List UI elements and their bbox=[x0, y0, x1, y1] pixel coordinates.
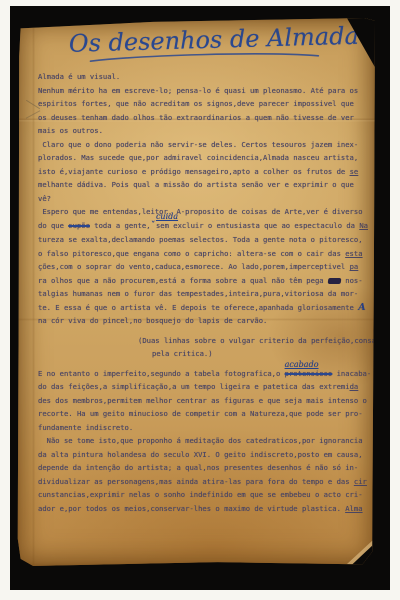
text-segment: ra olhos que a não procurem,está a forma… bbox=[38, 276, 328, 285]
text-segment: os deuses tenham dado olhos tão extraord… bbox=[38, 113, 354, 122]
text-segment: esta bbox=[345, 249, 362, 258]
text-segment: te. E essa é que o artista vê. E depois … bbox=[38, 303, 358, 312]
text-segment: talgias humanas nem o furor das tempesta… bbox=[38, 289, 358, 298]
text-segment: plorados. Mas sucede que,por admiravel c… bbox=[38, 153, 358, 162]
text-line: Não se tome isto,que proponho á meditaçã… bbox=[38, 434, 370, 448]
text-line: ções,com o soprar do vento,caduca,esmore… bbox=[38, 260, 370, 274]
text-line: mais os outros. bbox=[38, 124, 370, 138]
paper-sheet: Os desenhos de Almada Almada é um visual… bbox=[17, 18, 375, 566]
text-segment: ções,com o soprar do vento,caduca,esmore… bbox=[38, 262, 350, 271]
text-line: cunstancias,exprimir nelas o sonho indef… bbox=[38, 488, 370, 502]
text-segment: melhante dádiva. Pois qual a missão do a… bbox=[38, 180, 354, 189]
text-line: na cór viva do pincel,no bosquejo do lap… bbox=[38, 314, 370, 328]
text-segment: (Duas linhas sobre o vulgar criterio da … bbox=[138, 336, 398, 345]
text-segment: E no entanto o imperfeito,segundo a tabe… bbox=[38, 369, 285, 378]
text-segment: Almada é um visual. bbox=[38, 72, 120, 81]
vertical-crease bbox=[32, 18, 35, 566]
text-line: ador e,por todos os meios,conservar-lhes… bbox=[38, 502, 370, 516]
text-line: tureza se exalta,declamando poemas selec… bbox=[38, 233, 370, 247]
text-segment: ador e,por todos os meios,conservar-lhes… bbox=[38, 504, 345, 513]
text-line: E no entanto o imperfeito,segundo a tabe… bbox=[38, 367, 370, 381]
text-segment: o falso pitoresco,que engana como o capr… bbox=[38, 249, 345, 258]
text-segment: dividualizar as personagens,mas ainda at… bbox=[38, 477, 354, 486]
text-segment: toda a gente, bbox=[90, 221, 151, 230]
text-segment: Alma bbox=[345, 504, 362, 513]
struck-word: pretensiosoacabado bbox=[285, 369, 333, 378]
text-segment: sem excluir o entusiasta que ao espectac… bbox=[156, 221, 359, 230]
text-line: da alta pintura holandesa do seculo XVI.… bbox=[38, 448, 370, 462]
text-line: talgias humanas nem o furor das tempesta… bbox=[38, 287, 370, 301]
text-line: plorados. Mas sucede que,por admiravel c… bbox=[38, 151, 370, 165]
text-segment: pela critica.) bbox=[152, 349, 213, 358]
text-segment: Na bbox=[359, 221, 368, 230]
text-segment: do das feições,a simplificação,a um temp… bbox=[38, 382, 350, 391]
text-line: os deuses tenham dado olhos tão extraord… bbox=[38, 111, 370, 125]
text-segment: nos- bbox=[341, 276, 363, 285]
text-line: te. E essa é que o artista vê. E depois … bbox=[38, 301, 370, 315]
typewritten-text: Almada é um visual.Nenhum mérito ha em e… bbox=[38, 70, 370, 515]
text-line: do das feições,a simplificação,a um temp… bbox=[38, 380, 370, 394]
text-segment: depende da intenção do artista; a qual,n… bbox=[38, 463, 358, 472]
text-line: depende da intenção do artista; a qual,n… bbox=[38, 461, 370, 475]
struck-word: supõe bbox=[68, 221, 90, 230]
handwritten-insertion: cuida bbox=[156, 213, 178, 221]
text-line: ra olhos que a não procurem,está a forma… bbox=[38, 274, 370, 288]
text-line: espiritos fortes, que não acreditam os s… bbox=[38, 97, 370, 111]
text-segment: Não se tome isto,que proponho á meditaçã… bbox=[38, 436, 363, 445]
scan-background: Os desenhos de Almada Almada é um visual… bbox=[10, 6, 390, 590]
handwritten-ink-mark: A bbox=[358, 302, 365, 313]
text-segment: tureza se exalta,declamando poemas selec… bbox=[38, 235, 363, 244]
text-segment: recorte. Ha um geito minucioso de compet… bbox=[38, 409, 363, 418]
text-line: dividualizar as personagens,mas ainda at… bbox=[38, 475, 370, 489]
text-line: isto é,viajante curioso e pródigo mensag… bbox=[38, 165, 370, 179]
text-segment: fundamente indiscreto. bbox=[38, 423, 133, 432]
text-line: Almada é um visual. bbox=[38, 70, 370, 84]
text-line: des dos membros,permitem melhor centrar … bbox=[38, 394, 370, 408]
handwritten-title-block: Os desenhos de Almada bbox=[69, 22, 340, 66]
text-segment: des dos membros,permitem melhor centrar … bbox=[38, 396, 367, 405]
text-segment: inacaba- bbox=[332, 369, 371, 378]
text-line: melhante dádiva. Pois qual a missão do a… bbox=[38, 178, 370, 192]
handwritten-insertion: acabado bbox=[285, 361, 319, 369]
text-line: o falso pitoresco,que engana como o capr… bbox=[38, 247, 370, 261]
text-segment: espiritos fortes, que não acreditam os s… bbox=[38, 99, 354, 108]
text-segment: da alta pintura holandesa do seculo XVI.… bbox=[38, 450, 363, 459]
text-line: do que supõe toda a gente,ˇsem excluir o… bbox=[38, 219, 370, 234]
ink-blot bbox=[328, 278, 342, 284]
text-line: Nenhum mérito ha em escreve-lo; pensa-lo… bbox=[38, 84, 370, 98]
text-line: Espero que me entendas,leitor. A-proposi… bbox=[38, 205, 370, 219]
text-segment: do que bbox=[38, 221, 68, 230]
text-segment: isto é,viajante curioso e pródigo mensag… bbox=[38, 167, 350, 176]
text-segment: cir bbox=[354, 477, 367, 486]
text-segment: cunstancias,exprimir nelas o sonho indef… bbox=[38, 490, 363, 499]
text-line: fundamente indiscreto. bbox=[38, 421, 370, 435]
text-segment: Claro que o dono poderia não servir-se d… bbox=[38, 140, 358, 149]
text-line: pela critica.) bbox=[38, 347, 370, 361]
text-line: Claro que o dono poderia não servir-se d… bbox=[38, 138, 370, 152]
text-line: recorte. Ha um geito minucioso de compet… bbox=[38, 407, 370, 421]
text-segment: pa bbox=[350, 262, 359, 271]
text-line: (Duas linhas sobre o vulgar criterio da … bbox=[38, 334, 370, 348]
text-segment: da bbox=[350, 382, 359, 391]
text-segment: se bbox=[350, 167, 359, 176]
text-segment: vê? bbox=[38, 194, 51, 203]
text-segment: Espero que me entendas,leitor. A-proposi… bbox=[38, 207, 363, 216]
text-segment: Nenhum mérito ha em escreve-lo; pensa-lo… bbox=[38, 86, 358, 95]
text-segment: mais os outros. bbox=[38, 126, 103, 135]
text-line: vê? bbox=[38, 192, 370, 206]
text-segment: na cór viva do pincel,no bosquejo do lap… bbox=[38, 316, 267, 325]
